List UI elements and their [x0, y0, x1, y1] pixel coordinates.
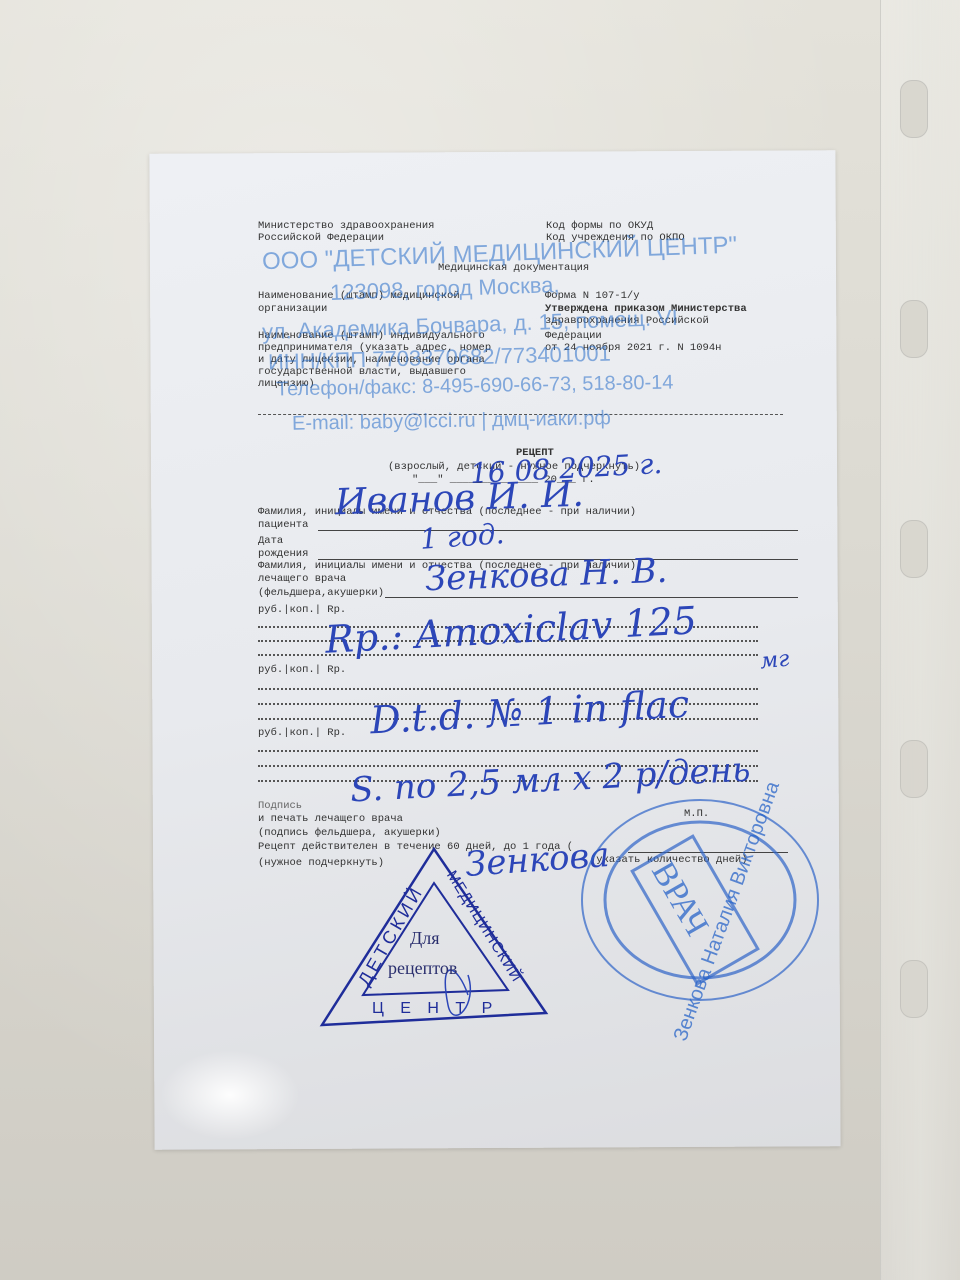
dob-value[interactable]: 1 год.	[419, 517, 505, 556]
dob-label: Дата	[258, 535, 283, 548]
rx-dotted-line	[258, 750, 758, 752]
signature-label-3: (подпись фельдшера, акушерки)	[258, 827, 441, 840]
binder-hole	[900, 520, 928, 578]
signature-label-1: Подпись	[258, 800, 302, 813]
binder-hole	[900, 740, 928, 798]
triangle-stamp-center-2: рецептов	[388, 958, 457, 979]
triangle-stamp-bottom: Ц Е Н Т Р	[372, 1000, 498, 1018]
patient-line	[318, 530, 798, 531]
triangle-stamp-center-1: Для	[410, 928, 440, 949]
rx-header-3: руб.|коп.| Rp.	[258, 727, 346, 740]
org-name-label-2: организации	[258, 303, 327, 316]
doctor-label-2: лечащего врача	[258, 573, 346, 586]
rx-header-2: руб.|коп.| Rp.	[258, 664, 346, 677]
rx-header-1: руб.|коп.| Rp.	[258, 604, 346, 617]
patient-label-2: пациента	[258, 519, 308, 532]
rx-unit: мг	[759, 647, 791, 675]
doctor-label-3: (фельдшера,акушерки)	[258, 587, 384, 600]
binder-hole	[900, 960, 928, 1018]
binder-strip	[880, 0, 960, 1280]
ministry-line2: Российской Федерации	[258, 232, 384, 245]
binder-hole	[900, 300, 928, 358]
patient-name-value[interactable]: Иванов И. И.	[334, 474, 584, 524]
binder-hole	[900, 80, 928, 138]
sleeve-glare	[160, 1050, 300, 1140]
doctor-name-value[interactable]: Зенкова Н. В.	[424, 551, 668, 599]
signature-label-2: и печать лечащего врача	[258, 813, 403, 826]
